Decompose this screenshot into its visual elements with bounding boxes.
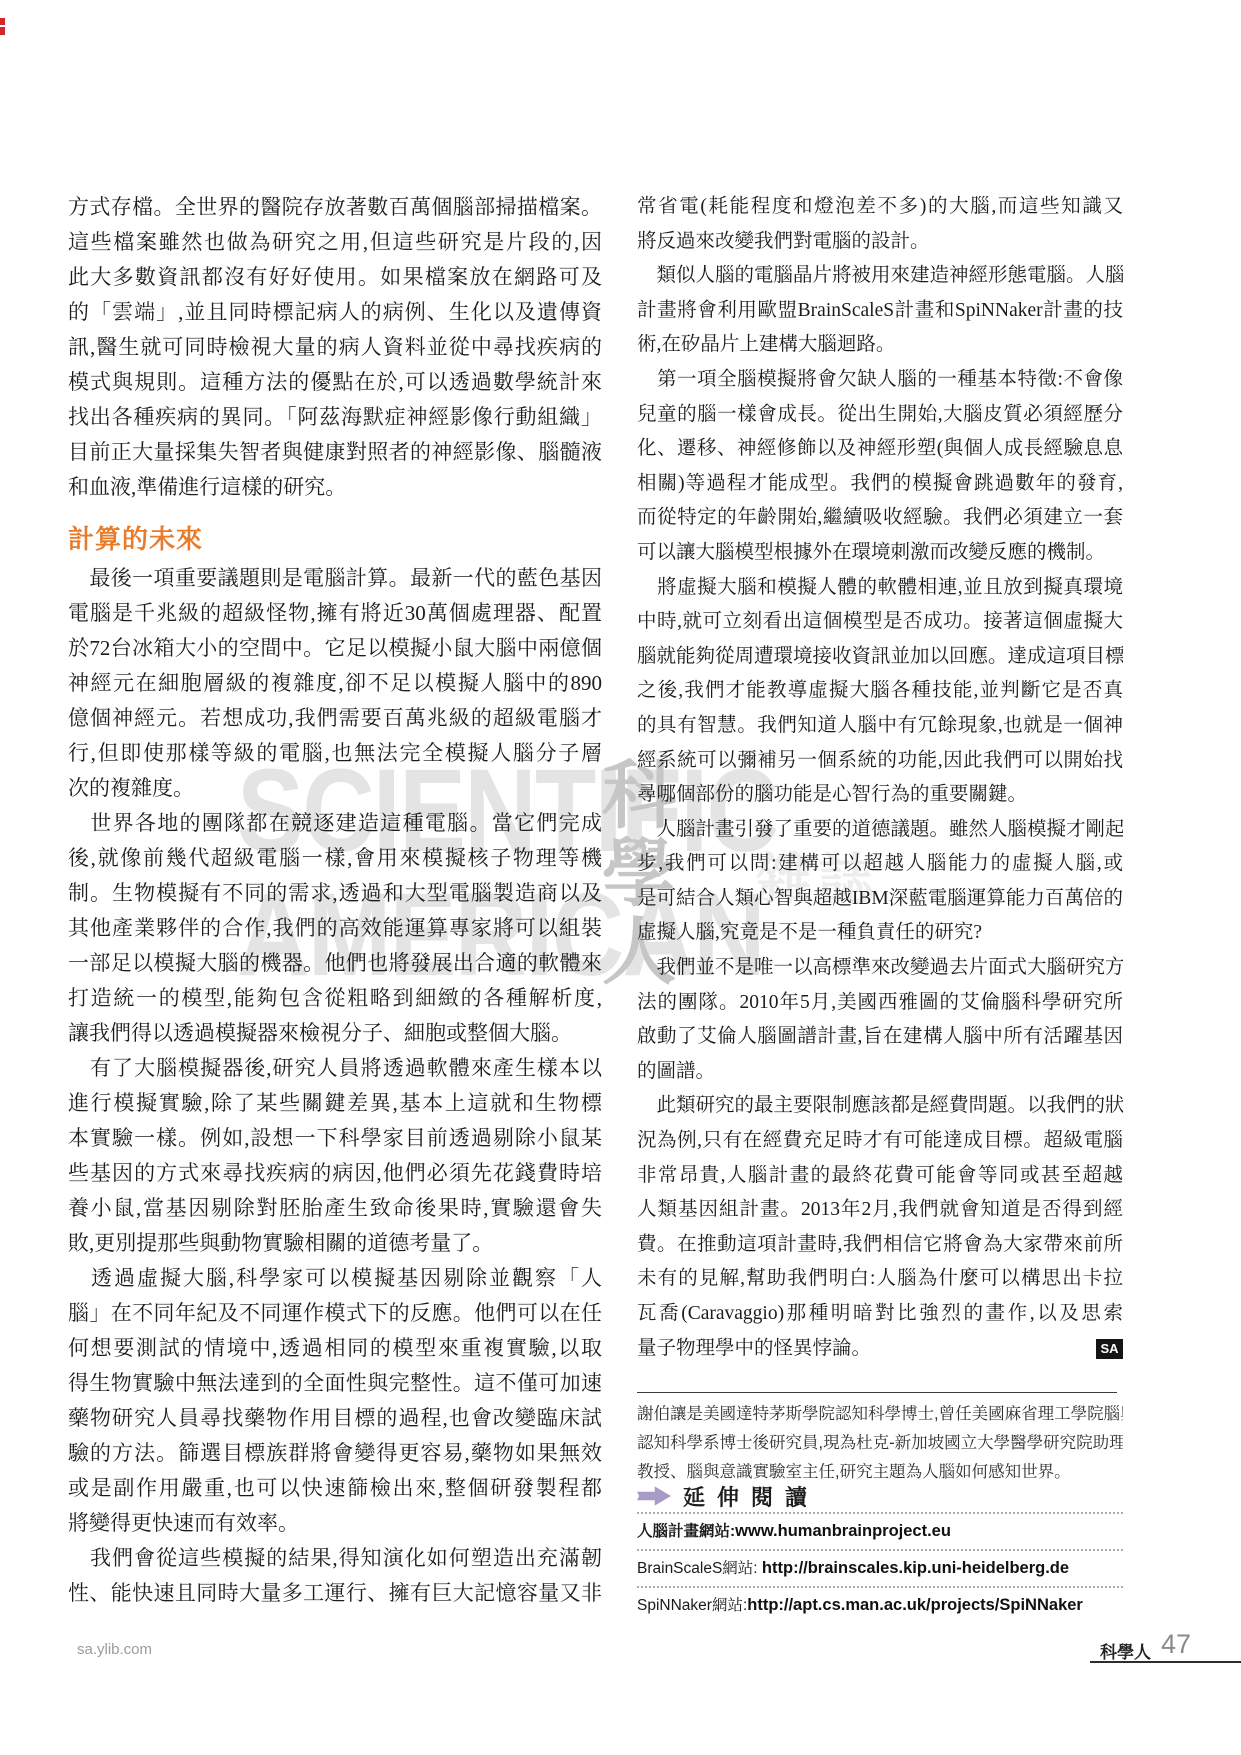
reading-item-url: www.humanbrainproject.eu xyxy=(735,1522,951,1540)
author-bio-line: 謝伯讓是美國達特茅斯學院認知科學博士,曾任美國麻省理工學院腦與 xyxy=(637,1400,1123,1429)
text-line: 虛擬人腦,究竟是不是一種負責任的研究? xyxy=(637,916,1123,951)
text-line: 第一項全腦模擬將會欠缺人腦的一種基本特徵:不會像 xyxy=(637,363,1123,398)
text-line: 非常昂貴,人腦計畫的最終花費可能會等同或甚至超越 xyxy=(637,1159,1123,1194)
footer-rule xyxy=(1090,1661,1241,1663)
text-line: 的「雲端」,並且同時標記病人的病例、生化以及遺傳資 xyxy=(68,295,602,330)
text-line: 的圖譜。 xyxy=(637,1055,1123,1090)
reading-list-item: SpiNNaker網站:http://apt.cs.man.ac.uk/proj… xyxy=(637,1586,1123,1623)
text-line: 類似人腦的電腦晶片將被用來建造神經形態電腦。人腦 xyxy=(637,259,1123,294)
text-line: 進行模擬實驗,除了某些關鍵差異,基本上這就和生物標 xyxy=(68,1086,602,1121)
article-end-mark: SA xyxy=(1096,1339,1123,1359)
text-line: 可以讓大腦模型根據外在環境刺激而改變反應的機制。 xyxy=(637,536,1123,571)
text-line: 藥物研究人員尋找藥物作用目標的過程,也會改變臨床試 xyxy=(68,1401,602,1436)
reading-list-item: BrainScaleS網站: http://brainscales.kip.un… xyxy=(637,1549,1123,1586)
text-line: 本實驗一樣。例如,設想一下科學家目前透過剔除小鼠某 xyxy=(68,1121,602,1156)
text-line: 神經元在細胞層級的複雜度,卻不足以模擬人腦中的890 xyxy=(68,666,602,701)
text-line: 敗,更別提那些與動物實驗相關的道德考量了。 xyxy=(68,1226,602,1261)
registration-mark xyxy=(0,18,5,25)
text-line: 透過虛擬大腦,科學家可以模擬基因剔除並觀察「人 xyxy=(68,1261,602,1296)
text-line: 啟動了艾倫人腦圖譜計畫,旨在建構人腦中所有活躍基因 xyxy=(637,1020,1123,1055)
text-line: 化、遷移、神經修飾以及神經形塑(與個人成長經驗息息 xyxy=(637,432,1123,467)
text-line: 費。在推動這項計畫時,我們相信它將會為大家帶來前所 xyxy=(637,1228,1123,1263)
arrow-right-icon xyxy=(637,1486,671,1507)
text-line: 步,我們可以問:建構可以超越人腦能力的虛擬人腦,或 xyxy=(637,847,1123,882)
text-line: 找出各種疾病的異同。「阿茲海默症神經影像行動組織」 xyxy=(68,400,602,435)
text-line: 我們並不是唯一以高標準來改變過去片面式大腦研究方 xyxy=(637,951,1123,986)
text-line: 將變得更快速而有效率。 xyxy=(68,1506,602,1541)
text-line: 術,在矽晶片上建構大腦迴路。 xyxy=(637,328,1123,363)
text-line: 電腦是千兆級的超級怪物,擁有將近30萬個處理器、配置 xyxy=(68,596,602,631)
text-line: 常省電(耗能程度和燈泡差不多)的大腦,而這些知識又 xyxy=(637,190,1123,225)
text-line: 此類研究的最主要限制應該都是經費問題。以我們的狀 xyxy=(637,1089,1123,1124)
text-line: 世界各地的團隊都在競逐建造這種電腦。當它們完成 xyxy=(68,806,602,841)
article-column-left: 方式存檔。全世界的醫院存放著數百萬個腦部掃描檔案。這些檔案雖然也做為研究之用,但… xyxy=(68,190,602,1611)
reading-item-label: BrainScaleS網站: xyxy=(637,1560,762,1577)
author-bio-divider xyxy=(637,1392,1117,1393)
text-line: 何想要測試的情境中,透過相同的模型來重複實驗,以取 xyxy=(68,1331,602,1366)
extended-reading-header: 延伸閱讀 xyxy=(637,1480,1123,1512)
text-line: 養小鼠,當基因剔除對胚胎產生致命後果時,實驗還會失 xyxy=(68,1191,602,1226)
text-line: 驗的方法。篩選目標族群將會變得更容易,藥物如果無效 xyxy=(68,1436,602,1471)
author-bio-line: 認知科學系博士後研究員,現為杜克-新加坡國立大學醫學研究院助理 xyxy=(637,1429,1123,1458)
text-line: 得生物實驗中無法達到的全面性與完整性。這不僅可加速 xyxy=(68,1366,602,1401)
text-line: 和血液,準備進行這樣的研究。 xyxy=(68,470,602,505)
extended-reading-title: 延伸閱讀 xyxy=(683,1481,819,1512)
text-line: 之後,我們才能教導虛擬大腦各種技能,並判斷它是否真 xyxy=(637,674,1123,709)
reading-item-url: http://brainscales.kip.uni-heidelberg.de xyxy=(762,1559,1069,1577)
text-line: 是可結合人類心智與超越IBM深藍電腦運算能力百萬倍的 xyxy=(637,882,1123,917)
text-line: 此大多數資訊都沒有好好使用。如果檔案放在網路可及 xyxy=(68,260,602,295)
text-line: 方式存檔。全世界的醫院存放著數百萬個腦部掃描檔案。 xyxy=(68,190,602,225)
text-line: 最後一項重要議題則是電腦計算。最新一代的藍色基因 xyxy=(68,561,602,596)
text-line: 經系統可以彌補另一個系統的功能,因此我們可以開始找 xyxy=(637,744,1123,779)
text-line: 人腦計畫引發了重要的道德議題。雖然人腦模擬才剛起 xyxy=(637,813,1123,848)
magazine-page: SCIENTIFIC AMERICAN 科學人 雜誌 方式存檔。全世界的醫院存放… xyxy=(0,0,1241,1755)
text-line: 打造統一的模型,能夠包含從粗略到細緻的各種解析度, xyxy=(68,981,602,1016)
text-line: 於72台冰箱大小的空間中。它足以模擬小鼠大腦中兩億個 xyxy=(68,631,602,666)
text-line: 模式與規則。這種方法的優點在於,可以透過數學統計來 xyxy=(68,365,602,400)
article-column-right: 常省電(耗能程度和燈泡差不多)的大腦,而這些知識又將反過來改變我們對電腦的設計。… xyxy=(637,190,1123,1366)
extended-reading-section: 延伸閱讀 人腦計畫網站:www.humanbrainproject.euBrai… xyxy=(637,1480,1123,1623)
text-line: 將反過來改變我們對電腦的設計。 xyxy=(637,225,1123,260)
text-line: 性、能快速且同時大量多工運行、擁有巨大記憶容量又非 xyxy=(68,1576,602,1611)
text-line: 或是副作用嚴重,也可以快速篩檢出來,整個研發製程都 xyxy=(68,1471,602,1506)
reading-item-label: 人腦計畫網站: xyxy=(637,1523,735,1540)
text-line: 況為例,只有在經費充足時才有可能達成目標。超級電腦 xyxy=(637,1124,1123,1159)
text-line: 相關)等過程才能成型。我們的模擬會跳過數年的發育, xyxy=(637,467,1123,502)
text-line: 制。生物模擬有不同的需求,透過和大型電腦製造商以及 xyxy=(68,876,602,911)
text-line: 這些檔案雖然也做為研究之用,但這些研究是片段的,因 xyxy=(68,225,602,260)
reading-item-url: http://apt.cs.man.ac.uk/projects/SpiNNak… xyxy=(747,1596,1083,1614)
footer-page-number: 47 xyxy=(1161,1629,1191,1660)
reading-item-label: SpiNNaker網站: xyxy=(637,1597,747,1614)
registration-mark xyxy=(0,27,5,35)
author-bio: 謝伯讓是美國達特茅斯學院認知科學博士,曾任美國麻省理工學院腦與認知科學系博士後研… xyxy=(637,1400,1123,1487)
text-line: 的具有智慧。我們知道人腦中有冗餘現象,也就是一個神 xyxy=(637,709,1123,744)
text-line: 瓦喬(Caravaggio)那種明暗對比強烈的畫作,以及思索 xyxy=(637,1297,1123,1332)
text-line: 腦就能夠從周遭環境接收資訊並加以回應。達成這項目標 xyxy=(637,640,1123,675)
text-line: 次的複雜度。 xyxy=(68,771,602,806)
text-line: 訊,醫生就可同時檢視大量的病人資料並從中尋找疾病的 xyxy=(68,330,602,365)
text-line: 法的團隊。2010年5月,美國西雅圖的艾倫腦科學研究所 xyxy=(637,986,1123,1021)
text-line: 億個神經元。若想成功,我們需要百萬兆級的超級電腦才 xyxy=(68,701,602,736)
text-line: 行,但即使那樣等級的電腦,也無法完全模擬人腦分子層 xyxy=(68,736,602,771)
text-line: 一部足以模擬大腦的機器。他們也將發展出合適的軟體來 xyxy=(68,946,602,981)
text-line: 人類基因組計畫。2013年2月,我們就會知道是否得到經 xyxy=(637,1193,1123,1228)
text-line: 兒童的腦一樣會成長。從出生開始,大腦皮質必須經歷分 xyxy=(637,398,1123,433)
text-line: 我們會從這些模擬的結果,得知演化如何塑造出充滿韌 xyxy=(68,1541,602,1576)
section-heading: 計算的未來 xyxy=(68,505,602,561)
text-line: 量子物理學中的怪異悖論。SA xyxy=(637,1332,1123,1367)
text-line: 腦」在不同年紀及不同運作模式下的反應。他們可以在任 xyxy=(68,1296,602,1331)
footer-magazine-name: 科學人 xyxy=(1100,1638,1151,1663)
footer-website-url: sa.ylib.com xyxy=(77,1641,152,1658)
text-line: 後,就像前幾代超級電腦一樣,會用來模擬核子物理等機 xyxy=(68,841,602,876)
text-line: 未有的見解,幫助我們明白:人腦為什麼可以構思出卡拉 xyxy=(637,1262,1123,1297)
text-line: 其他產業夥伴的合作,我們的高效能運算專家將可以組裝 xyxy=(68,911,602,946)
text-line: 有了大腦模擬器後,研究人員將透過軟體來產生樣本以 xyxy=(68,1051,602,1086)
text-line: 計畫將會利用歐盟BrainScaleS計畫和SpiNNaker計畫的技 xyxy=(637,294,1123,329)
text-line: 中時,就可立刻看出這個模型是否成功。接著這個虛擬大 xyxy=(637,605,1123,640)
reading-list-item: 人腦計畫網站:www.humanbrainproject.eu xyxy=(637,1512,1123,1549)
text-line: 目前正大量採集失智者與健康對照者的神經影像、腦髓液 xyxy=(68,435,602,470)
text-line: 而從特定的年齡開始,繼續吸收經驗。我們必須建立一套 xyxy=(637,501,1123,536)
text-line: 些基因的方式來尋找疾病的病因,他們必須先花錢費時培 xyxy=(68,1156,602,1191)
text-line: 將虛擬大腦和模擬人體的軟體相連,並且放到擬真環境 xyxy=(637,571,1123,606)
text-line: 尋哪個部份的腦功能是心智行為的重要關鍵。 xyxy=(637,778,1123,813)
text-line: 讓我們得以透過模擬器來檢視分子、細胞或整個大腦。 xyxy=(68,1016,602,1051)
